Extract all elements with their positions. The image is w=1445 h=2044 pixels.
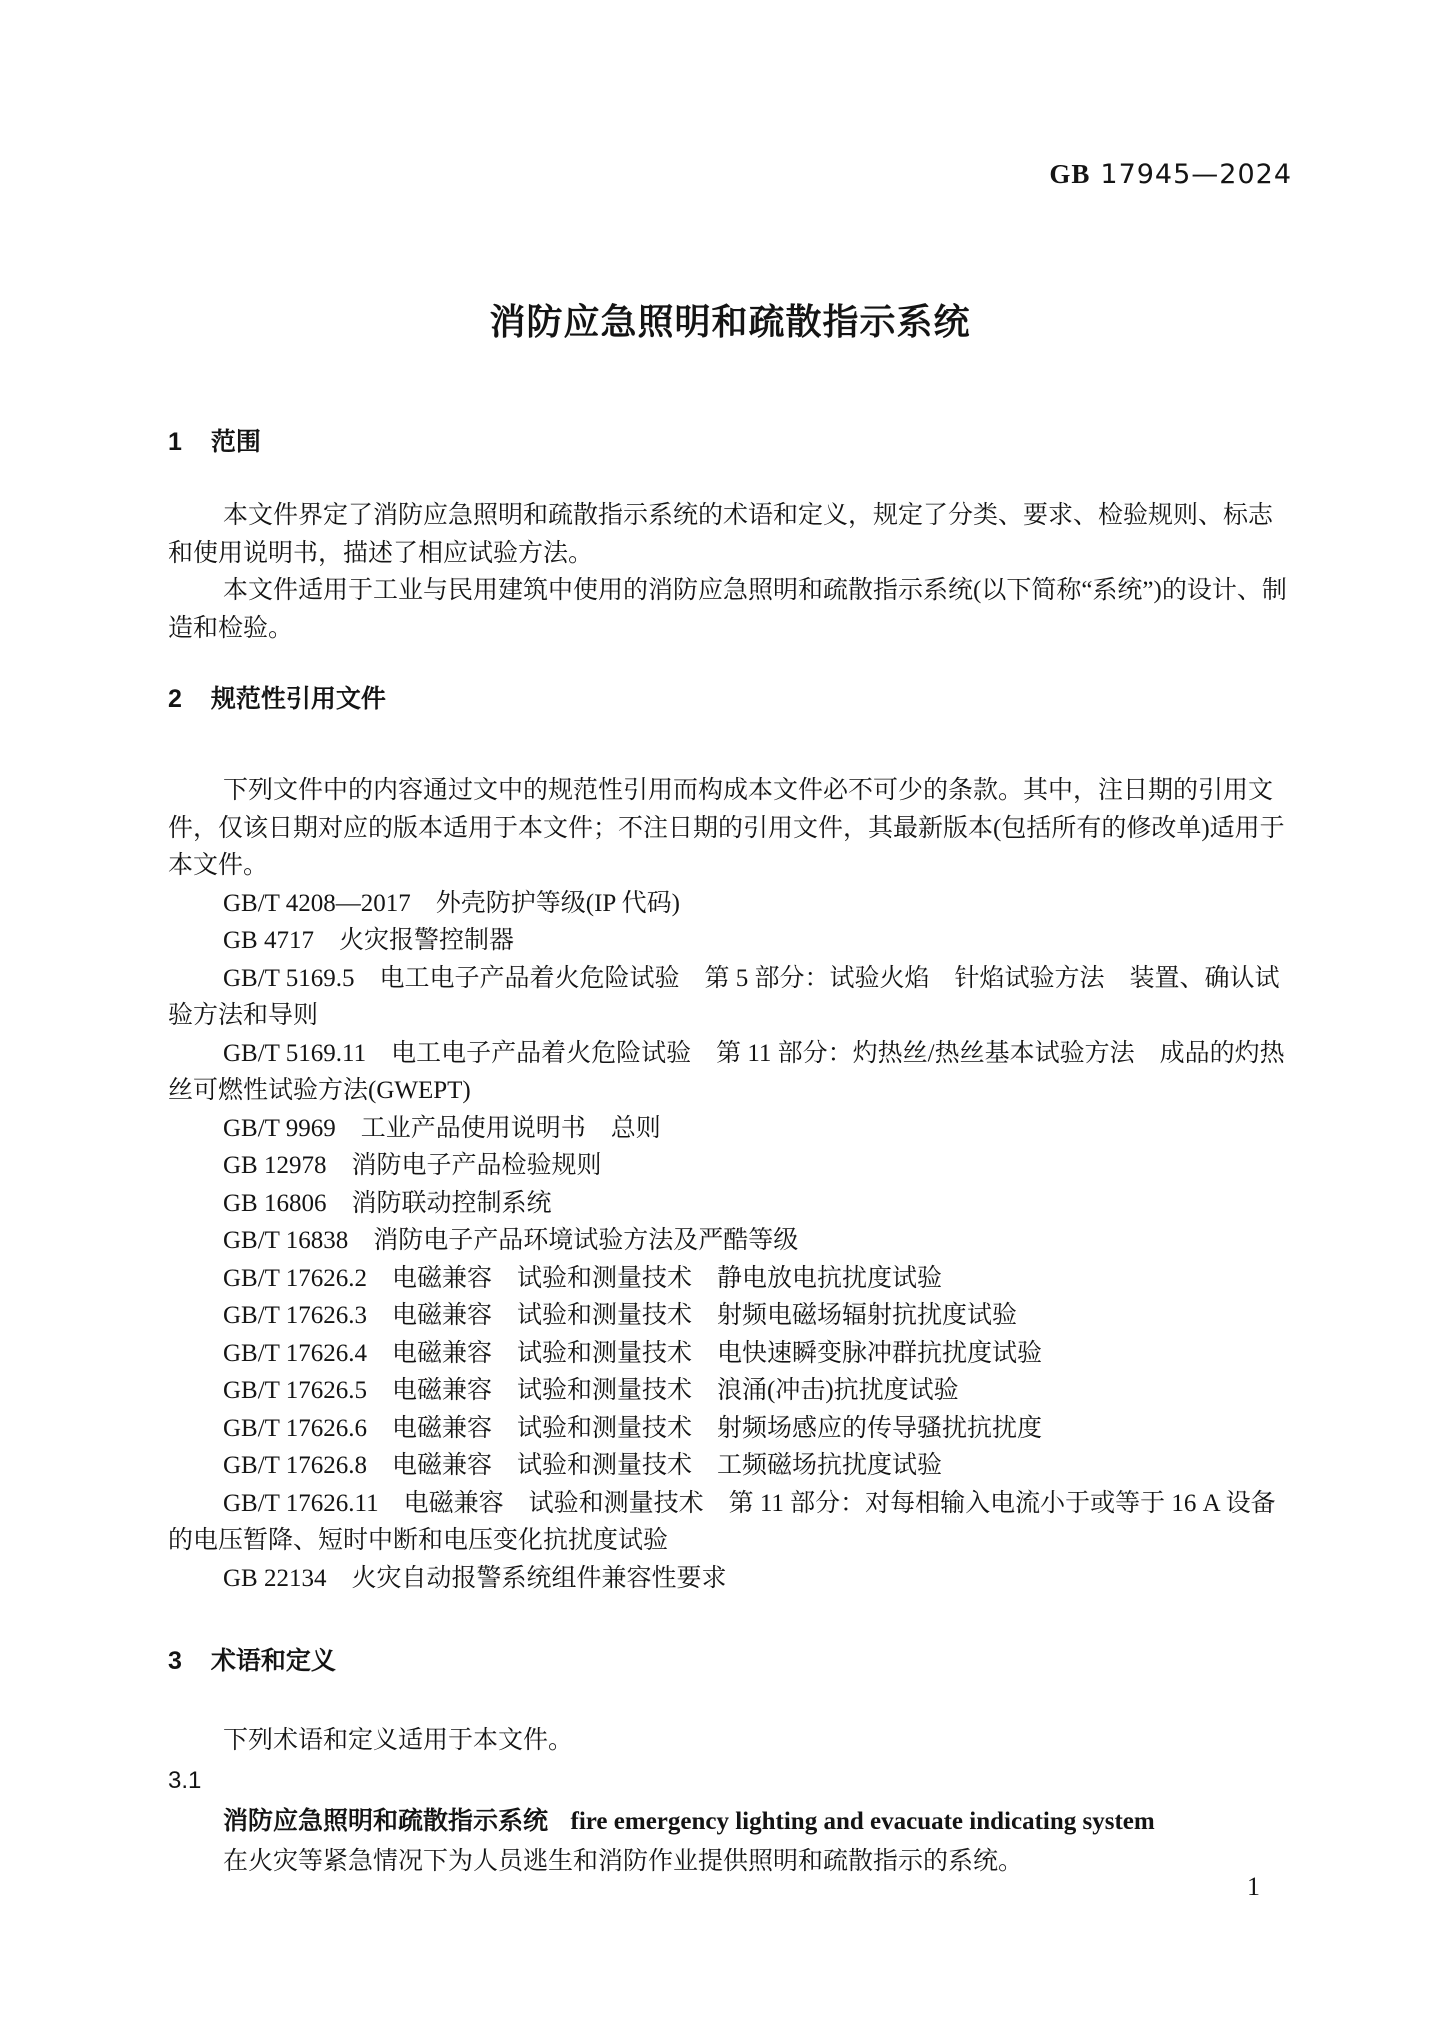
- doc-code-prefix: GB: [1049, 159, 1090, 189]
- reference-item: GB 4717 火灾报警控制器: [168, 922, 1292, 960]
- term-definition: 在火灾等紧急情况下为人员逃生和消防作业提供照明和疏散指示的系统。: [168, 1842, 1292, 1882]
- term-id: 3.1: [168, 1761, 1292, 1801]
- section-2-heading: 2 规范性引用文件: [168, 684, 1292, 714]
- section-3-heading: 3 术语和定义: [168, 1646, 1292, 1676]
- section-1-body: 本文件界定了消防应急照明和疏散指示系统的术语和定义，规定了分类、要求、检验规则、…: [168, 497, 1292, 647]
- document-page: GB17945—2024 消防应急照明和疏散指示系统 1 范围 本文件界定了消防…: [0, 0, 1445, 2044]
- reference-item: GB/T 17626.2 电磁兼容 试验和测量技术 静电放电抗扰度试验: [168, 1260, 1292, 1298]
- term-line: 消防应急照明和疏散指示系统fire emergency lighting and…: [168, 1801, 1292, 1842]
- reference-list: GB/T 4208—2017 外壳防护等级(IP 代码)GB 4717 火灾报警…: [168, 885, 1292, 1598]
- reference-item: GB/T 17626.8 电磁兼容 试验和测量技术 工频磁场抗扰度试验: [168, 1447, 1292, 1485]
- doc-title: 消防应急照明和疏散指示系统: [168, 297, 1292, 347]
- paragraph: 本文件适用于工业与民用建筑中使用的消防应急照明和疏散指示系统(以下简称“系统”)…: [168, 572, 1292, 647]
- doc-code: GB17945—2024: [168, 0, 1292, 191]
- term-zh: 消防应急照明和疏散指示系统: [223, 1807, 548, 1835]
- section-2-label: 规范性引用文件: [211, 684, 386, 714]
- reference-item: GB/T 5169.5 电工电子产品着火危险试验 第 5 部分：试验火焰 针焰试…: [168, 960, 1292, 1035]
- section-2-body: 下列文件中的内容通过文中的规范性引用而构成本文件必不可少的条款。其中，注日期的引…: [168, 772, 1292, 1597]
- reference-item: GB/T 16838 消防电子产品环境试验方法及严酷等级: [168, 1222, 1292, 1260]
- section-3-body: 下列术语和定义适用于本文件。 3.1 消防应急照明和疏散指示系统fire eme…: [168, 1721, 1292, 1882]
- reference-item: GB 12978 消防电子产品检验规则: [168, 1147, 1292, 1185]
- reference-item: GB 16806 消防联动控制系统: [168, 1185, 1292, 1223]
- section-3-number: 3: [168, 1646, 182, 1676]
- paragraph: 下列术语和定义适用于本文件。: [168, 1721, 1292, 1761]
- section-3-label: 术语和定义: [211, 1646, 336, 1676]
- reference-item: GB/T 17626.11 电磁兼容 试验和测量技术 第 11 部分：对每相输入…: [168, 1485, 1292, 1560]
- paragraph: 本文件界定了消防应急照明和疏散指示系统的术语和定义，规定了分类、要求、检验规则、…: [168, 497, 1292, 572]
- reference-item: GB/T 17626.4 电磁兼容 试验和测量技术 电快速瞬变脉冲群抗扰度试验: [168, 1335, 1292, 1373]
- paragraph: 下列文件中的内容通过文中的规范性引用而构成本文件必不可少的条款。其中，注日期的引…: [168, 772, 1292, 885]
- section-1-number: 1: [168, 427, 182, 457]
- page-number: 1: [1247, 1872, 1260, 1902]
- section-1-label: 范围: [211, 427, 261, 457]
- section-2-number: 2: [168, 684, 182, 714]
- reference-item: GB/T 17626.5 电磁兼容 试验和测量技术 浪涌(冲击)抗扰度试验: [168, 1372, 1292, 1410]
- doc-code-number: 17945—2024: [1100, 159, 1292, 190]
- reference-item: GB/T 17626.6 电磁兼容 试验和测量技术 射频场感应的传导骚扰抗扰度: [168, 1410, 1292, 1448]
- section-1-heading: 1 范围: [168, 427, 1292, 457]
- reference-item: GB/T 4208—2017 外壳防护等级(IP 代码): [168, 885, 1292, 923]
- reference-item: GB/T 5169.11 电工电子产品着火危险试验 第 11 部分：灼热丝/热丝…: [168, 1035, 1292, 1110]
- reference-item: GB/T 9969 工业产品使用说明书 总则: [168, 1110, 1292, 1148]
- reference-item: GB/T 17626.3 电磁兼容 试验和测量技术 射频电磁场辐射抗扰度试验: [168, 1297, 1292, 1335]
- reference-item: GB 22134 火灾自动报警系统组件兼容性要求: [168, 1560, 1292, 1598]
- term-en: fire emergency lighting and evacuate ind…: [571, 1808, 1155, 1835]
